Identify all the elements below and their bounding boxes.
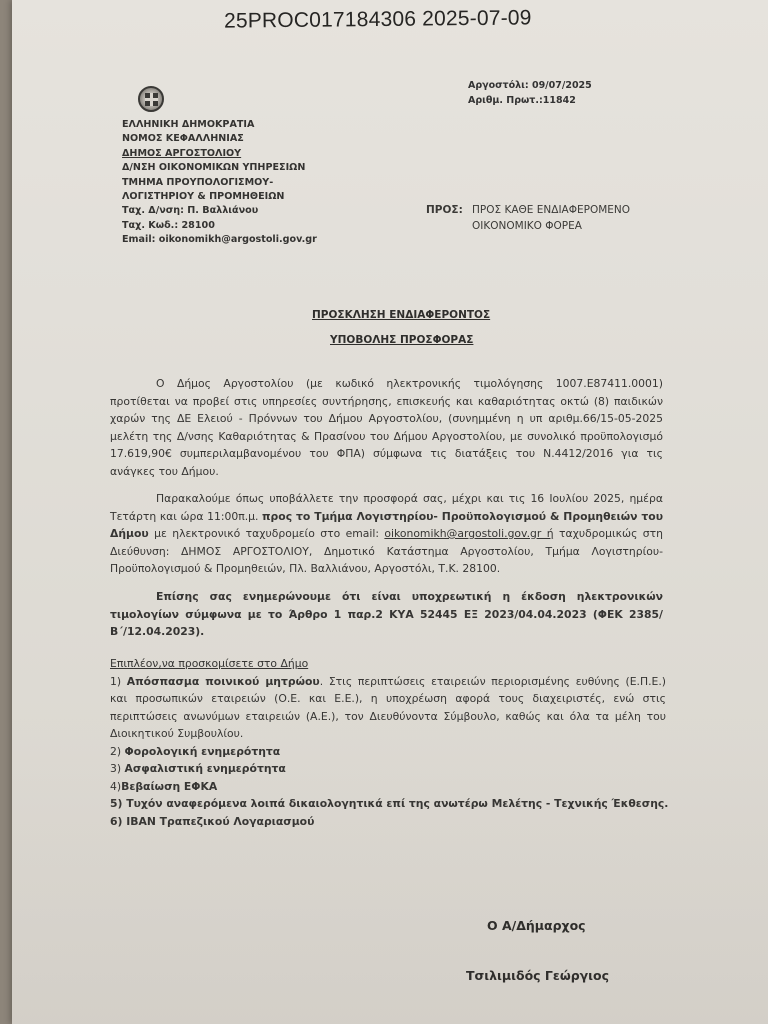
recipient-line: ΠΡΟΣ ΚΑΘΕ ΕΝΔΙΑΦΕΡΟΜΕΝΟ (472, 202, 630, 218)
protocol-number: Αριθμ. Πρωτ.:11842 (468, 93, 592, 108)
requirement-title: Βεβαίωση ΕΦΚΑ (121, 780, 217, 793)
issuer-line: Δ/ΝΣΗ ΟΙΚΟΝΟΜΙΚΩΝ ΥΠΗΡΕΣΙΩΝ (122, 161, 317, 175)
issuer-block: ΕΛΛΗΝΙΚΗ ΔΗΜΟΚΡΑΤΙΑ ΝΟΜΟΣ ΚΕΦΑΛΛΗΝΙΑΣ ΔΗ… (122, 118, 317, 248)
greek-coat-of-arms-icon (138, 86, 164, 112)
requirement-item: 2) Φορολογική ενημερότητα (110, 743, 666, 761)
place-date: Αργοστόλι: 09/07/2025 (468, 78, 592, 93)
requirement-title: Φορολογική ενημερότητα (125, 745, 281, 758)
issuer-email: Email: oikonomikh@argostoli.gov.gr (122, 233, 317, 247)
recipient-line: ΟΙΚΟΝΟΜΙΚΟ ΦΟΡΕΑ (472, 218, 630, 234)
requirement-item: 4)Βεβαίωση ΕΦΚΑ (110, 778, 666, 796)
requirement-item: 1) Απόσπασμα ποινικού μητρώου. Στις περι… (110, 673, 666, 743)
paragraph-intro-text: Ο Δήμος Αργοστολίου (με κωδικό ηλεκτρονι… (110, 377, 663, 478)
email-link[interactable]: oikonomikh@argostoli.gov.gr ή (384, 527, 553, 540)
issuer-line: ΕΛΛΗΝΙΚΗ ΔΗΜΟΚΡΑΤΙΑ (122, 118, 317, 132)
requirement-number: 4) (110, 780, 121, 793)
paragraph-submission: Παρακαλούμε όπως υποβάλλετε την προσφορά… (110, 490, 663, 578)
recipient-label: ΠΡΟΣ: (426, 202, 463, 218)
paragraph-intro: Ο Δήμος Αργοστολίου (με κωδικό ηλεκτρονι… (110, 375, 663, 480)
issuer-line: ΤΜΗΜΑ ΠΡΟΥΠΟΛΟΓΙΣΜΟΥ- (122, 176, 317, 190)
requirement-number: 6) (110, 815, 126, 828)
document-subtitle: ΥΠΟΒΟΛΗΣ ΠΡΟΣΦΟΡΑΣ (330, 334, 473, 346)
einvoicing-text: Επίσης σας ενημερώνουμε ότι είναι υποχρε… (110, 590, 663, 638)
signatory-title: Ο Α/Δήμαρχος (487, 918, 586, 933)
requirements-section: Επιπλέον,να προσκομίσετε στο Δήμο 1) Από… (110, 655, 666, 830)
requirement-title: Απόσπασμα ποινικού μητρώου (127, 675, 320, 688)
signatory-name: Τσιλιμιδός Γεώργιος (466, 968, 609, 983)
requirement-item: 3) Ασφαλιστική ενημερότητα (110, 760, 666, 778)
requirement-number: 2) (110, 745, 125, 758)
recipient-value: ΠΡΟΣ ΚΑΘΕ ΕΝΔΙΑΦΕΡΟΜΕΝΟ ΟΙΚΟΝΟΜΙΚΟ ΦΟΡΕΑ (472, 202, 630, 234)
requirement-title: ΙΒΑΝ Τραπεζικού Λογαριασμού (126, 815, 314, 828)
requirement-number: 1) (110, 675, 127, 688)
requirement-item: 5) Τυχόν αναφερόμενα λοιπά δικαιολογητικ… (110, 795, 666, 813)
requirement-number: 5) (110, 797, 126, 810)
issuer-line: ΝΟΜΟΣ ΚΕΦΑΛΛΗΝΙΑΣ (122, 132, 317, 146)
issuer-line: ΔΗΜΟΣ ΑΡΓΟΣΤΟΛΙΟΥ (122, 147, 317, 161)
submission-text: με ηλεκτρονικό ταχυδρομείο στο email: (149, 527, 385, 540)
requirements-list: 2) Φορολογική ενημερότητα 3) Ασφαλιστική… (110, 743, 666, 831)
document-title: ΠΡΟΣΚΛΗΣΗ ΕΝΔΙΑΦΕΡΟΝΤΟΣ (312, 309, 490, 321)
document-stamp: 25PROC017184306 2025-07-09 (224, 6, 532, 33)
requirement-title: Τυχόν αναφερόμενα λοιπά δικαιολογητικά ε… (126, 797, 668, 810)
issuer-postcode: Ταχ. Κωδ.: 28100 (122, 219, 317, 233)
requirement-title: Ασφαλιστική ενημερότητα (125, 762, 286, 775)
requirements-heading: Επιπλέον,να προσκομίσετε στο Δήμο (110, 655, 666, 673)
date-protocol-block: Αργοστόλι: 09/07/2025 Αριθμ. Πρωτ.:11842 (468, 78, 592, 108)
requirement-number: 3) (110, 762, 125, 775)
issuer-line: ΛΟΓΙΣΤΗΡΙΟΥ & ΠΡΟΜΗΘΕΙΩΝ (122, 190, 317, 204)
issuer-address: Ταχ. Δ/νση: Π. Βαλλιάνου (122, 204, 317, 218)
requirement-item: 6) ΙΒΑΝ Τραπεζικού Λογαριασμού (110, 813, 666, 831)
paragraph-einvoicing: Επίσης σας ενημερώνουμε ότι είναι υποχρε… (110, 588, 663, 641)
